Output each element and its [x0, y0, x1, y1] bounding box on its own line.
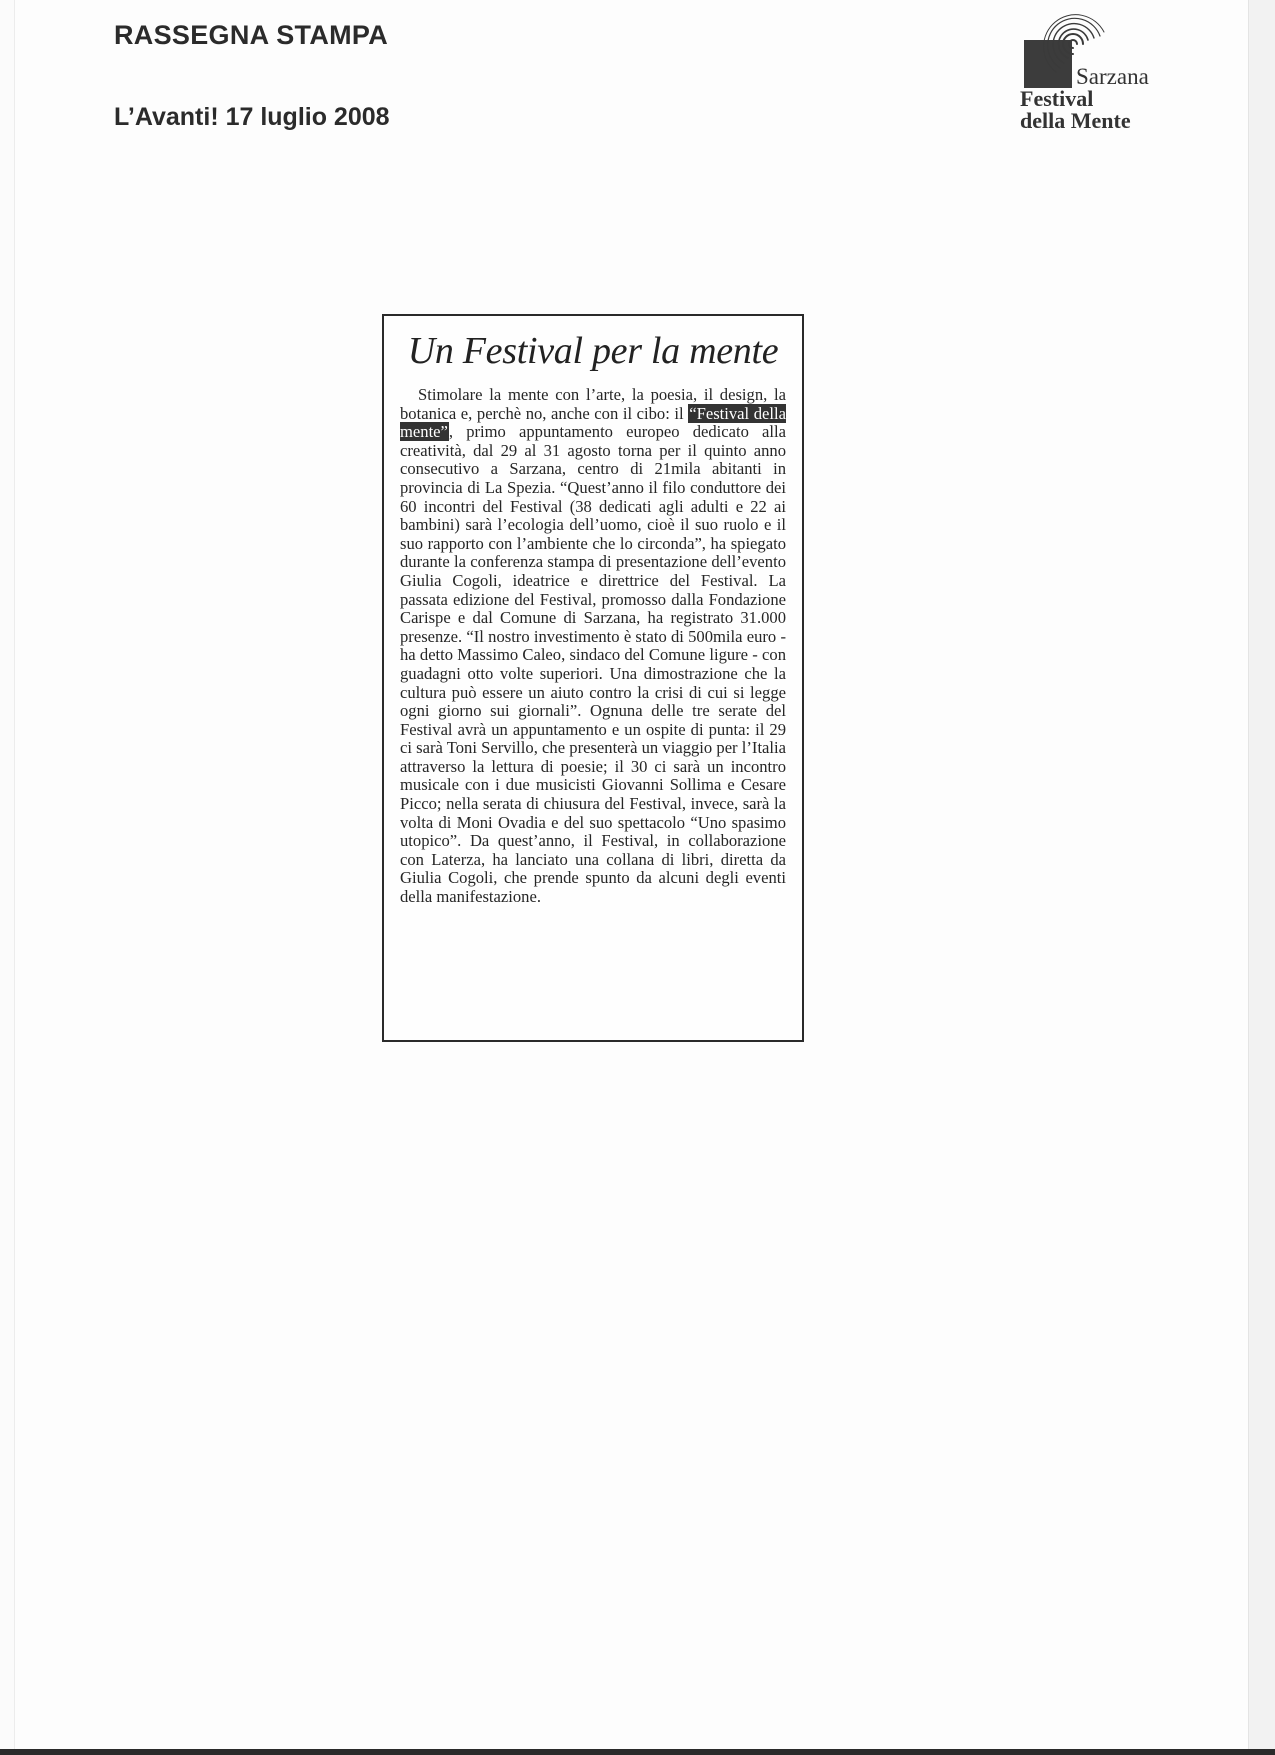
article-title: Un Festival per la mente [400, 328, 786, 374]
article-body-rest: , primo appuntamento europeo dedicato al… [400, 422, 786, 906]
document-heading: RASSEGNA STAMPA [114, 20, 388, 51]
article-body: Stimolare la mente con l’arte, la poesia… [400, 386, 786, 907]
scanner-bottom-edge [0, 1749, 1275, 1755]
article-clipping: Un Festival per la mente Stimolare la me… [382, 314, 804, 1042]
festival-logo: Sarzana Festival della Mente [1020, 8, 1190, 138]
logo-line-1: Festival [1020, 88, 1131, 110]
scanner-margin [1248, 0, 1275, 1749]
logo-city-text: Sarzana [1076, 65, 1149, 88]
logo-line-2: della Mente [1020, 110, 1131, 132]
logo-festival-name: Festival della Mente [1020, 88, 1131, 132]
publication-source-date: L’Avanti! 17 luglio 2008 [114, 103, 390, 132]
